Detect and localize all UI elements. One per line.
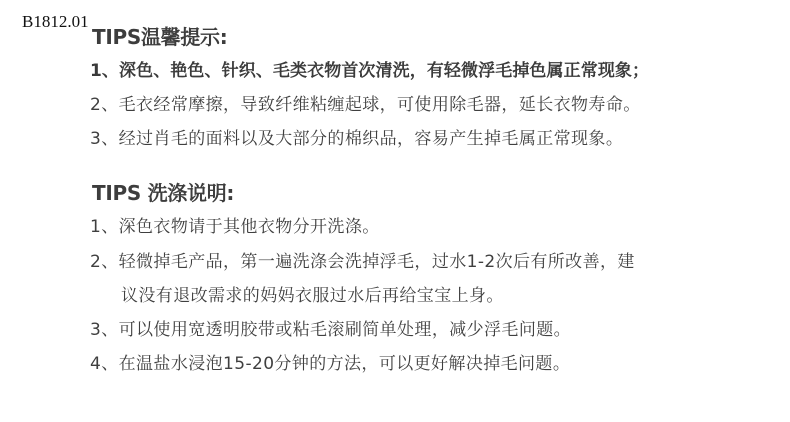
wash-item-4: 4、在温盐水浸泡15-20分钟的方法，可以更好解决掉毛问题。 [90, 349, 570, 374]
product-code: B1812.01 [22, 12, 89, 32]
wash-item-2-continued: 议没有退改需求的妈妈衣服过水后再给宝宝上身。 [121, 281, 504, 306]
wash-item-3: 3、可以使用宽透明胶带或粘毛滚刷简单处理，减少浮毛问题。 [90, 315, 571, 340]
tips-item-2: 2、毛衣经常摩擦，导致纤维粘缠起球，可使用除毛器，延长衣物寿命。 [90, 90, 641, 115]
tips-item-3: 3、经过肖毛的面料以及大部分的棉织品，容易产生掉毛属正常现象。 [90, 124, 623, 149]
tips-item-1: 1、深色、艳色、针织、毛类衣物首次清洗，有轻微浮毛掉色属正常现象； [90, 56, 649, 81]
wash-item-1: 1、深色衣物请于其他衣物分开洗涤。 [90, 212, 380, 237]
wash-item-2: 2、轻微掉毛产品，第一遍洗涤会洗掉浮毛，过水1-2次后有所改善，建 [90, 247, 635, 272]
tips-heading: TIPS温馨提示: [92, 21, 227, 50]
wash-heading: TIPS 洗涤说明: [92, 177, 234, 206]
